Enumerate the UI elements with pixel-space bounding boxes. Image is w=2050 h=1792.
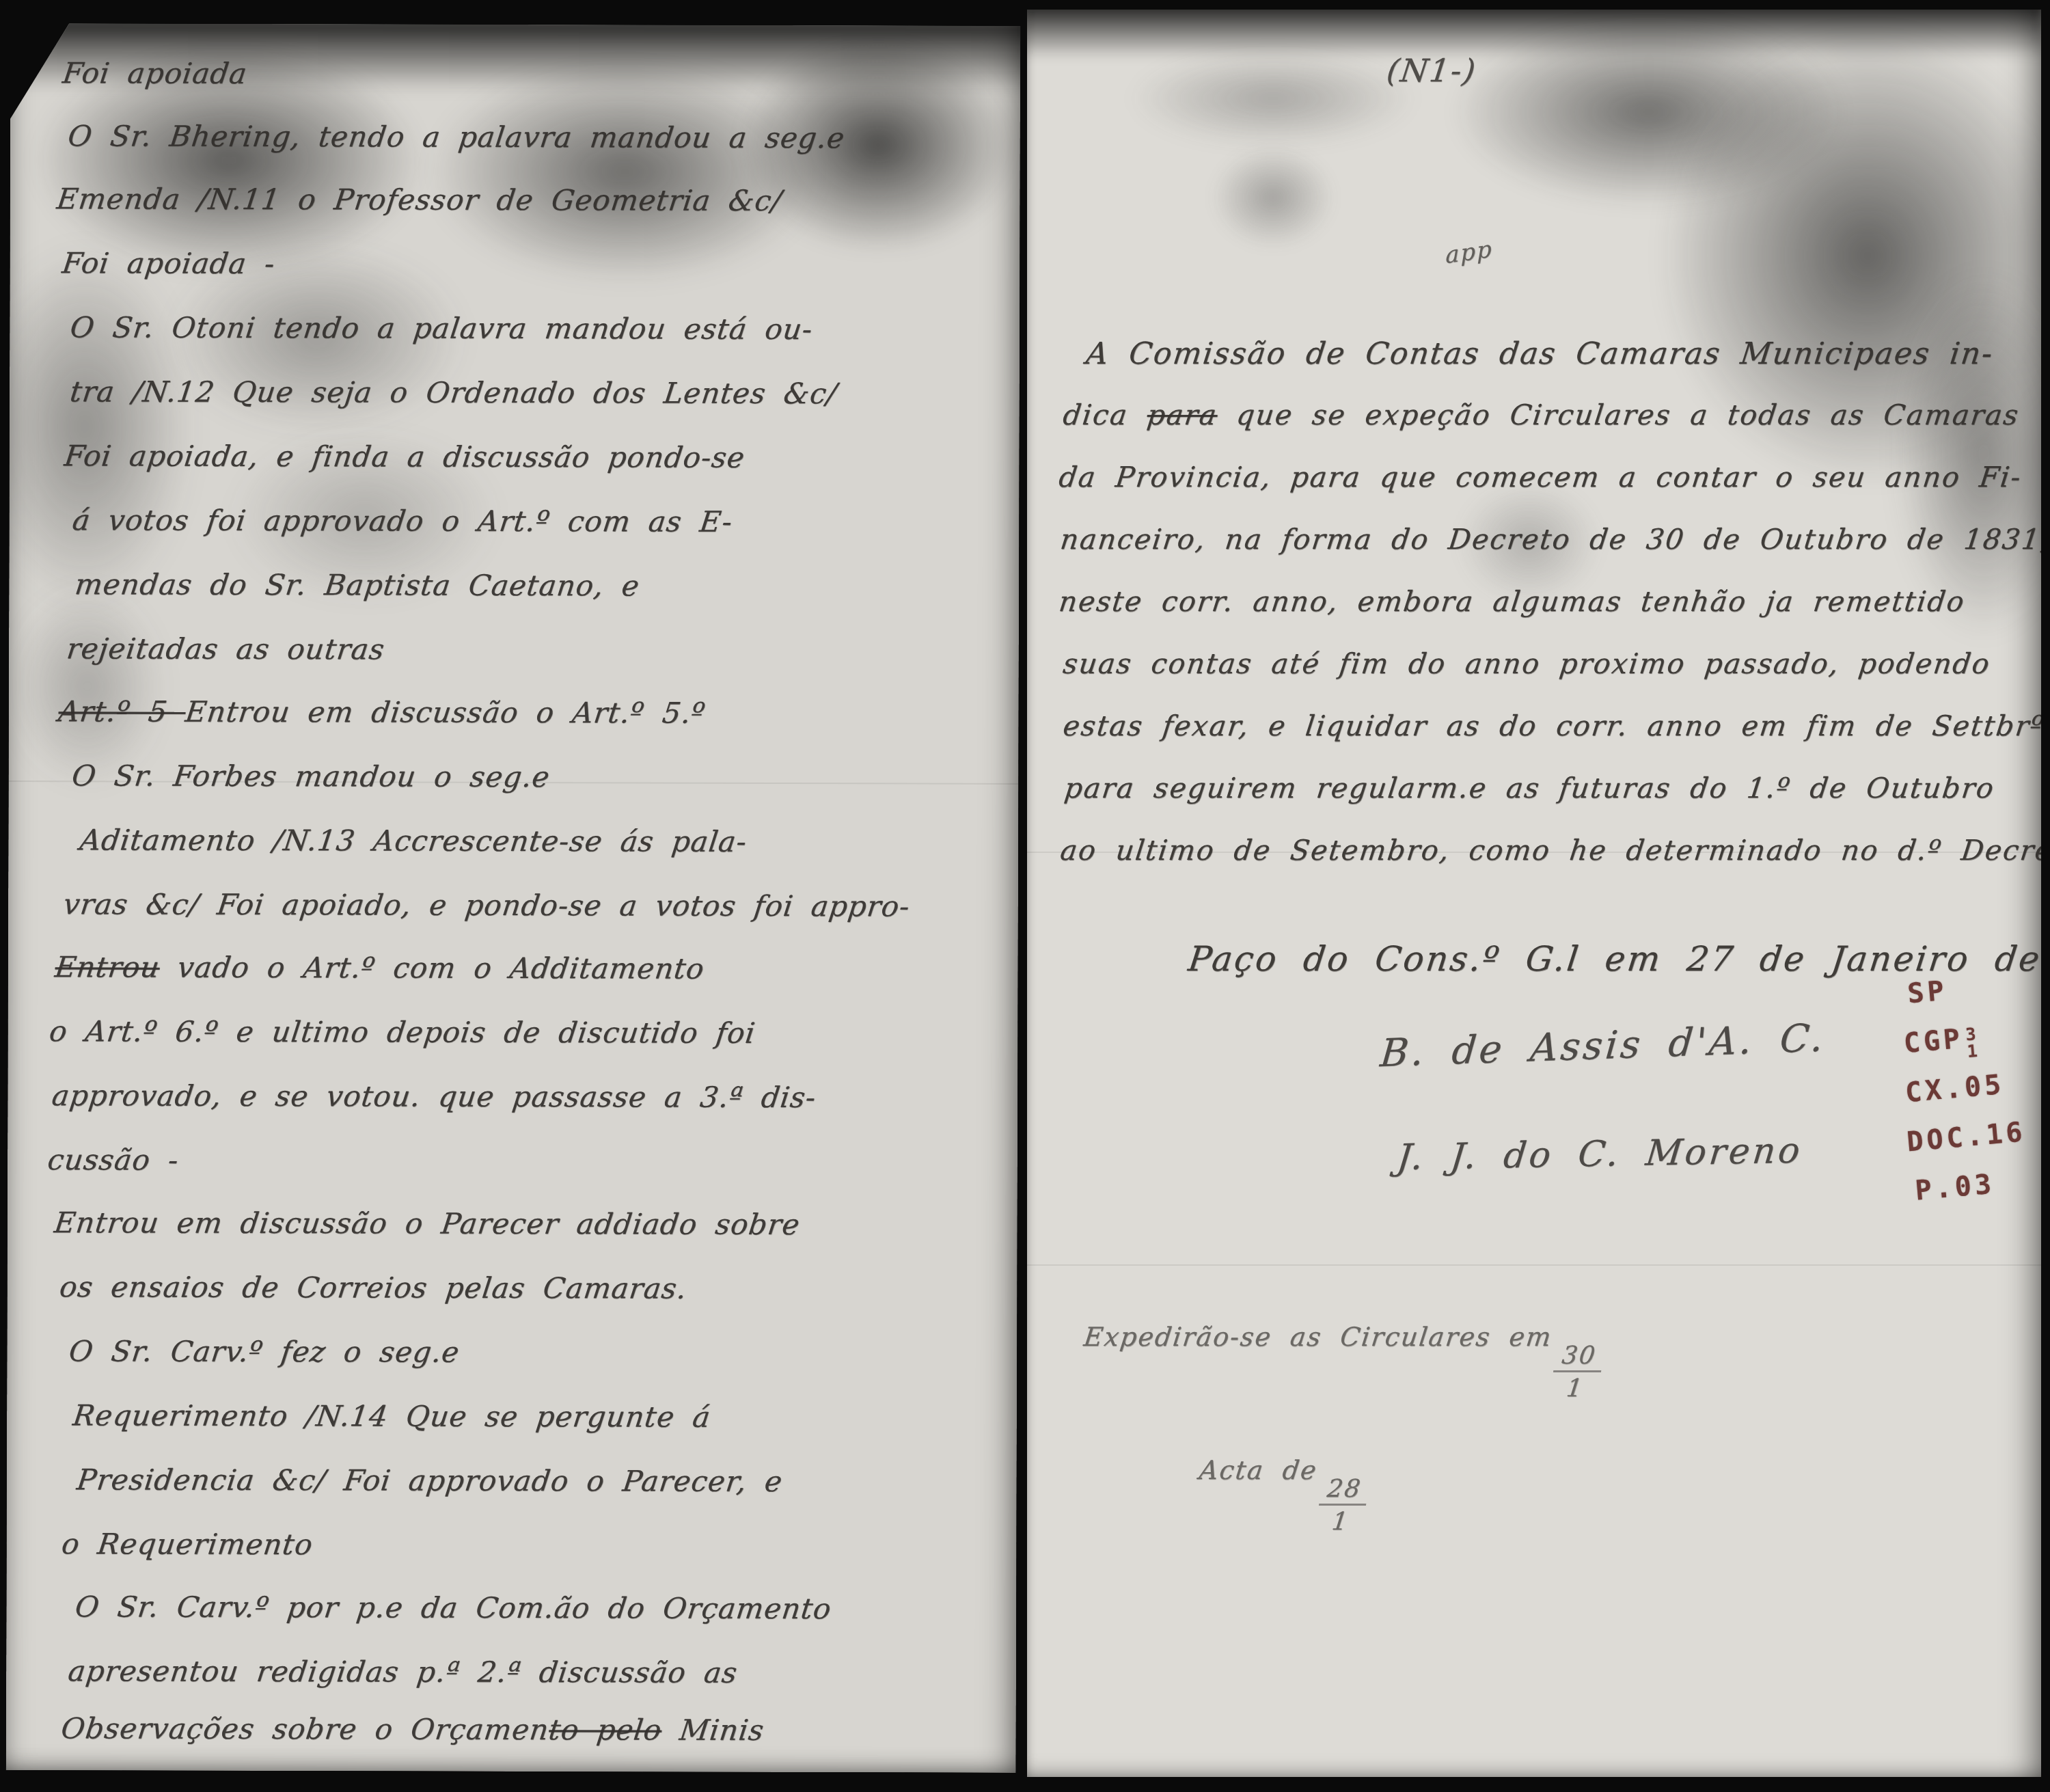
manuscript-text-segment: Emenda /N.11 o Professor de Geometria &c…	[55, 182, 784, 217]
fraction-date: 281	[1315, 1476, 1369, 1534]
manuscript-line: vras &c/ Foi apoiado, e pondo-se a votos…	[61, 887, 912, 923]
manuscript-text-segment: neste corr. anno, embora algumas tenhão …	[1057, 585, 1967, 618]
manuscript-text-segment: dica	[1061, 398, 1149, 431]
stamp-sub: 1	[1967, 1042, 1978, 1060]
manuscript-line: app	[1445, 235, 1493, 269]
manuscript-text-segment: Entrou em discussão o Art.º 5.º	[183, 695, 707, 730]
manuscript-text-segment: Observações sobre o Orçamen	[59, 1711, 551, 1746]
manuscript-text-segment: Foi apoiada, e finda a discussão pondo-s…	[63, 439, 748, 474]
right-page-text: (N1-)appA Comissão de Contas das Camaras…	[1027, 10, 2041, 1777]
stamp-text: SP	[1906, 975, 1949, 1010]
left-page-text: Foi apoiadaO Sr. Bhering, tendo a palavr…	[6, 23, 1021, 1773]
archival-stamp: SP CGP31 CX.05 DOC.16 P.03	[1895, 960, 2032, 1215]
manuscript-line: o Art.º 6.º e ultimo depois de discutido…	[47, 1014, 757, 1050]
manuscript-line: para seguirem regularm.e as futuras do 1…	[1063, 772, 1997, 804]
manuscript-line: dica para que se expeção Circulares a to…	[1061, 398, 2021, 431]
manuscript-text-segment: O Sr. Carv.º fez o seg.e	[67, 1334, 461, 1368]
stamp-text: DOC.16	[1906, 1116, 2027, 1158]
manuscript-line: suas contas até fim do anno proximo pass…	[1061, 647, 1993, 680]
manuscript-text-segment: Minis	[659, 1713, 766, 1747]
manuscript-text-segment: cussão -	[46, 1143, 181, 1176]
manuscript-line: Expedirão-se as Circulares em301	[1076, 1322, 1607, 1400]
manuscript-text-segment: estas fexar, e liquidar as do corr. anno…	[1061, 709, 2041, 742]
manuscript-line: Acta de281	[1192, 1455, 1373, 1534]
manuscript-line: Entrou vado o Art.º com o Additamento	[53, 950, 707, 985]
manuscript-line: Entrou em discussão o Parecer addiado so…	[53, 1206, 802, 1241]
manuscript-line: apresentou redigidas p.ª 2.ª discussão a…	[66, 1654, 739, 1689]
manuscript-line: Art.º 5 Entrou em discussão o Art.º 5.º	[57, 694, 708, 729]
manuscript-text-segment: o Art.º 6.º e ultimo depois de discutido…	[47, 1014, 757, 1050]
manuscript-line: tra /N.12 Que seja o Ordenado dos Lentes…	[68, 375, 839, 410]
manuscript-text-segment: Foi apoiada -	[60, 246, 277, 280]
manuscript-text-segment: os ensaios de Correios pelas Camaras.	[57, 1270, 689, 1305]
stamp-superscript: 31	[1965, 1025, 1978, 1060]
manuscript-line: Emenda /N.11 o Professor de Geometria &c…	[55, 182, 784, 217]
manuscript-line: da Provincia, para que comecem a contar …	[1057, 461, 2023, 493]
fraction-date: 301	[1550, 1343, 1604, 1400]
manuscript-text-segment: O Sr. Otoni tendo a palavra mandou está …	[68, 310, 815, 346]
manuscript-text-segment: A Comissão de Contas das Camaras Municip…	[1084, 336, 1995, 371]
manuscript-line: os ensaios de Correios pelas Camaras.	[57, 1270, 689, 1305]
left-page: Foi apoiadaO Sr. Bhering, tendo a palavr…	[6, 23, 1021, 1773]
manuscript-text-segment: para seguirem regularm.e as futuras do 1…	[1063, 772, 1997, 804]
manuscript-line: A Comissão de Contas das Camaras Municip…	[1084, 336, 1995, 371]
manuscript-text-segment: Presidencia &c/ Foi approvado o Parecer,…	[75, 1463, 785, 1498]
manuscript-text-segment: Requerimento /N.14 Que se pergunte á	[71, 1398, 713, 1433]
manuscript-line: mendas do Sr. Baptista Caetano, e	[73, 567, 642, 602]
manuscript-text-segment: o Requerimento	[59, 1527, 314, 1561]
manuscript-line: cussão -	[46, 1143, 181, 1176]
manuscript-line: O Sr. Forbes mandou o seg.e	[70, 759, 551, 793]
manuscript-line: B. de Assis d'A. C.	[1378, 1016, 1827, 1076]
manuscript-line: Foi apoiada, e finda a discussão pondo-s…	[63, 439, 748, 474]
manuscript-text-segment: J. J. do C. Moreno	[1395, 1130, 1805, 1178]
manuscript-text-segment: tra /N.12 Que seja o Ordenado dos Lentes…	[68, 375, 839, 410]
manuscript-text-segment: suas contas até fim do anno proximo pass…	[1061, 647, 1993, 680]
manuscript-line: Foi apoiada	[61, 56, 249, 90]
manuscript-text-segment: O Sr. Carv.º por p.e da Com.ão do Orçame…	[73, 1590, 833, 1625]
manuscript-line: ao ultimo de Setembro, como he determina…	[1058, 834, 2041, 867]
manuscript-text-segment: para	[1145, 398, 1220, 431]
scan-canvas: Foi apoiadaO Sr. Bhering, tendo a palavr…	[0, 0, 2050, 1792]
manuscript-text-segment: O Sr. Bhering, tendo a palavra mandou a …	[66, 119, 847, 154]
manuscript-text-segment: to pelo	[547, 1713, 664, 1746]
right-page: (N1-)appA Comissão de Contas das Camaras…	[1027, 10, 2041, 1777]
manuscript-text-segment: rejeitadas as outras	[65, 632, 387, 666]
stamp-line: P.03	[1913, 1156, 2032, 1215]
manuscript-text-segment: O Sr. Forbes mandou o seg.e	[70, 759, 551, 793]
manuscript-line: O Sr. Carv.º por p.e da Com.ão do Orçame…	[73, 1590, 833, 1625]
manuscript-text-segment: Entrou	[53, 950, 162, 983]
stamp-text: CX.05	[1904, 1069, 2006, 1109]
stamp-line: SP	[1906, 960, 2015, 1018]
manuscript-line: Aditamento /N.13 Accrescente-se ás pala-	[78, 823, 749, 858]
manuscript-line: neste corr. anno, embora algumas tenhão …	[1057, 585, 1967, 618]
manuscript-line: nanceiro, na forma do Decreto de 30 de O…	[1058, 523, 2041, 556]
manuscript-line: approvado, e se votou. que passasse a 3.…	[50, 1078, 818, 1114]
manuscript-text-segment: nanceiro, na forma do Decreto de 30 de O…	[1058, 523, 2041, 556]
manuscript-line: O Sr. Carv.º fez o seg.e	[67, 1334, 461, 1368]
manuscript-line: estas fexar, e liquidar as do corr. anno…	[1061, 709, 2041, 742]
manuscript-text-segment: Expedirão-se as Circulares em	[1082, 1322, 1554, 1352]
manuscript-text-segment: approvado, e se votou. que passasse a 3.…	[50, 1078, 818, 1114]
stamp-text: CGP	[1902, 1023, 1965, 1059]
manuscript-line: Observações sobre o Orçamento pelo Minis	[59, 1711, 767, 1747]
manuscript-line: J. J. do C. Moreno	[1395, 1130, 1805, 1178]
manuscript-line: á votos foi approvado o Art.º com as E-	[70, 503, 735, 539]
manuscript-line: O Sr. Otoni tendo a palavra mandou está …	[68, 310, 815, 346]
manuscript-text-segment: Aditamento /N.13 Accrescente-se ás pala-	[78, 823, 749, 858]
manuscript-text-segment: app	[1445, 235, 1493, 269]
manuscript-text-segment: apresentou redigidas p.ª 2.ª discussão a…	[66, 1654, 739, 1689]
manuscript-text-segment: Art.º 5	[57, 694, 188, 728]
stamp-text: P.03	[1914, 1169, 1996, 1207]
manuscript-text-segment: vras &c/ Foi apoiado, e pondo-se a votos…	[61, 887, 912, 923]
manuscript-text-segment: B. de Assis d'A. C.	[1378, 1016, 1827, 1076]
manuscript-text-segment: á votos foi approvado o Art.º com as E-	[70, 503, 735, 539]
manuscript-text-segment: mendas do Sr. Baptista Caetano, e	[73, 567, 642, 602]
manuscript-line: (N1-)	[1384, 52, 1479, 89]
manuscript-line: Presidencia &c/ Foi approvado o Parecer,…	[75, 1463, 785, 1498]
manuscript-text-segment: Foi apoiada	[61, 56, 249, 90]
manuscript-line: rejeitadas as outras	[65, 632, 387, 666]
stamp-line: DOC.16	[1904, 1107, 2027, 1167]
manuscript-text-segment: Acta de	[1198, 1455, 1320, 1485]
manuscript-text-segment: Entrou em discussão o Parecer addiado so…	[53, 1206, 802, 1241]
manuscript-text-segment: vado o Art.º com o Additamento	[158, 951, 707, 986]
manuscript-text-segment: ao ultimo de Setembro, como he determina…	[1058, 834, 2041, 867]
manuscript-line: o Requerimento	[59, 1527, 314, 1561]
manuscript-line: Foi apoiada -	[60, 246, 277, 280]
manuscript-line: Requerimento /N.14 Que se pergunte á	[71, 1398, 713, 1433]
manuscript-text-segment: que se expeção Circulares a todas as Cam…	[1216, 398, 2021, 431]
manuscript-text-segment: da Provincia, para que comecem a contar …	[1057, 461, 2023, 493]
manuscript-line: O Sr. Bhering, tendo a palavra mandou a …	[66, 119, 847, 154]
manuscript-text-segment: (N1-)	[1384, 52, 1479, 89]
